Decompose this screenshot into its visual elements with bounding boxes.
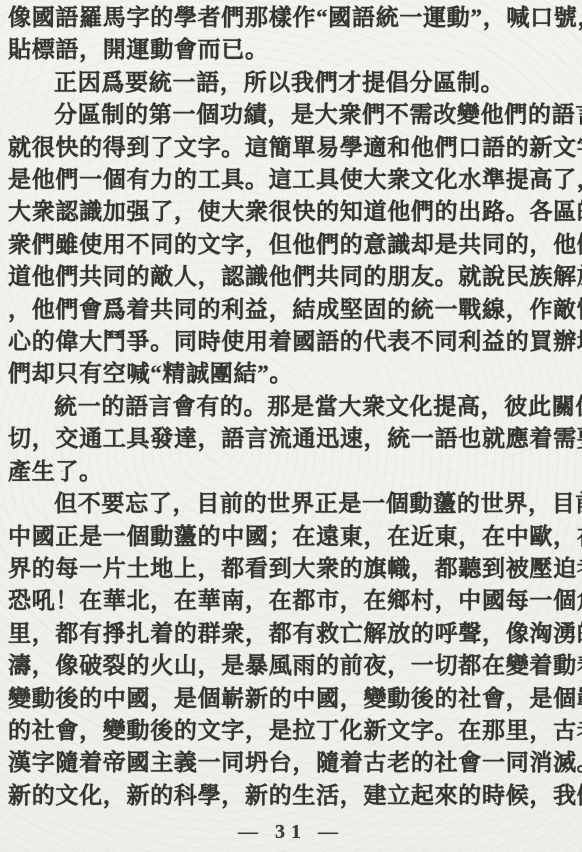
text-line: 的社會，變動後的文字，是拉丁化新文字。在那里，古老的 (8, 715, 580, 747)
text-line: ，他們會爲着共同的利益，結成堅固的統一戰線，作敵愾同 (8, 294, 580, 326)
scanned-page: 像國語羅馬字的學者們那樣作“國語統一運動”，喊口號，貼標語，開運動會而已。正因爲… (0, 0, 582, 852)
text-line: 但不要忘了，目前的世界正是一個動蘯的世界，目前的 (8, 488, 580, 520)
text-line: 道他們共同的敵人，認識他們共同的朋友。就說民族解放吧 (8, 261, 580, 293)
text-line: 中國正是一個動蘯的中國；在遠東，在近東，在中歐，在世 (8, 521, 580, 553)
text-line: 產生了。 (8, 456, 580, 488)
text-line: 濤，像破裂的火山，是暴風雨的前夜，一切都在變着動着！ (8, 650, 580, 682)
text-line: 界的每一片土地上，都看到大衆的旗幟，都聽到被壓迫者的 (8, 553, 580, 585)
text-line: 心的偉大鬥爭。同時使用着國語的代表不同利益的買辦地主 (8, 326, 580, 358)
text-block: 像國語羅馬字的學者們那樣作“國語統一運動”，喊口號，貼標語，開運動會而已。正因爲… (8, 2, 580, 812)
text-line: 切，交通工具發達，語言流通迅速，統一語也就應着需要而 (8, 423, 580, 455)
text-line: 貼標語，開運動會而已。 (8, 34, 580, 66)
text-line: 正因爲要統一語，所以我們才提倡分區制。 (8, 67, 580, 99)
text-line: 漢字隨着帝國主義一同坍台，隨着古老的社會一同消滅。當 (8, 747, 580, 779)
text-line: 是他們一個有力的工具。這工具使大衆文化水準提高了，使 (8, 164, 580, 196)
text-line: 分區制的第一個功績，是大衆們不需改變他們的語言， (8, 99, 580, 131)
text-line: 統一的語言會有的。那是當大衆文化提高，彼此關係密 (8, 391, 580, 423)
text-line: 就很快的得到了文字。這簡單易學適和他們口語的新文字， (8, 132, 580, 164)
text-line: 變動後的中國，是個嶄新的中國，變動後的社會，是個嶄新 (8, 683, 580, 715)
scan-speckle (333, 110, 336, 113)
text-line: 大衆認識加强了，使大衆很快的知道他們的出路。各區的大 (8, 196, 580, 228)
page-number: — 31 — (0, 821, 582, 844)
text-line: 里，都有掙扎着的群衆，都有救亡解放的呼聲，像洶湧的洪 (8, 618, 580, 650)
scan-speckle (60, 470, 63, 472)
text-line: 像國語羅馬字的學者們那樣作“國語統一運動”，喊口號， (8, 2, 580, 34)
text-line: 衆們雖使用不同的文字，但他們的意識却是共同的，他們知 (8, 229, 580, 261)
text-line: 恐吼！在華北，在華南，在都市，在鄉村，中國每一個角隅 (8, 585, 580, 617)
scan-speckle (540, 210, 542, 212)
text-line: 們却只有空喊“精誠團結”。 (8, 358, 580, 390)
text-line: 新的文化，新的科學，新的生活，建立起來的時候，我們的 (8, 780, 580, 812)
scan-speckle (300, 790, 302, 793)
